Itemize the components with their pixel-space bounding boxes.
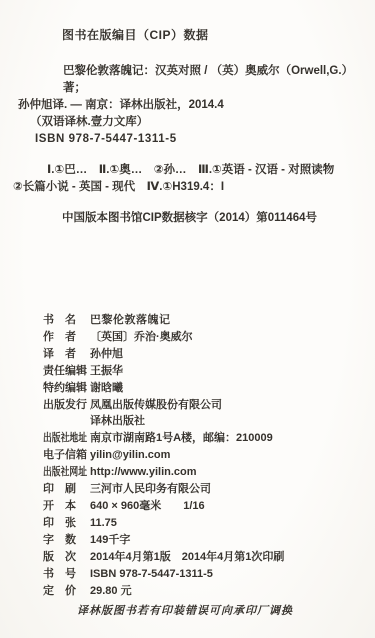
colophon-value: 640 × 960毫米 1/16 (90, 498, 205, 515)
colophon-table: 书 名 巴黎伦敦落魄记 作 者 〔英国〕乔治·奥威尔 译 者 孙仲旭 责任编辑 … (43, 312, 375, 599)
colophon-label: 责任编辑 (43, 363, 87, 380)
colophon-value: 149千字 (90, 532, 130, 549)
colophon-value: 11.75 (90, 515, 117, 532)
colophon-row-translator: 译 者 孙仲旭 (43, 346, 375, 363)
colophon-value: ISBN 978-7-5447-1311-5 (90, 566, 213, 583)
colophon-row-email: 电子信箱 yilin@yilin.com (43, 447, 375, 464)
cip-classification-line: Ⅰ.①巴… Ⅱ.①奥… ②孙… Ⅲ.①英语 - 汉语 - 对照读物 (47, 162, 375, 179)
colophon-label: 电子信箱 (43, 447, 87, 464)
colophon-label: 特约编辑 (43, 380, 87, 397)
colophon-row-publisher-second-line: 译林出版社 (43, 413, 375, 430)
colophon-label (43, 413, 87, 430)
colophon-value: 谢晗曦 (90, 380, 123, 397)
cip-classification-line: ②长篇小说 - 英国 - 现代 Ⅳ.①H319.4：I (13, 179, 375, 196)
cip-record-line: 巴黎伦敦落魄记：汉英对照 / （英）奥威尔（Orwell,G.）著； (63, 63, 375, 97)
colophon-value: 巴黎伦敦落魄记 (90, 312, 171, 329)
colophon-label: 书 号 (43, 566, 87, 583)
colophon-row-price: 定 价 29.80 元 (43, 583, 375, 600)
colophon-row-edition: 版 次 2014年4月第1版 2014年4月第1次印刷 (43, 549, 375, 566)
colophon-label: 版 次 (43, 549, 87, 566)
colophon-row-word-count: 字 数 149千字 (43, 532, 375, 549)
colophon-value: 译林出版社 (90, 413, 145, 430)
colophon-row-book-title: 书 名 巴黎伦敦落魄记 (43, 312, 375, 329)
colophon-label: 出版发行 (43, 397, 87, 414)
colophon-value: 南京市湖南路1号A楼，邮编：210009 (90, 430, 273, 447)
colophon-row-publisher-address: 出版社地址 南京市湖南路1号A楼，邮编：210009 (43, 430, 375, 447)
colophon-value: 2014年4月第1版 2014年4月第1次印刷 (90, 549, 284, 566)
colophon-row-printer: 印 刷 三河市人民印务有限公司 (43, 481, 375, 498)
colophon-row-isbn: 书 号 ISBN 978-7-5447-1311-5 (43, 566, 375, 583)
colophon-row-website: 出版社网址 http://www.yilin.com (43, 464, 375, 481)
colophon-value: 〔英国〕乔治·奥威尔 (90, 329, 193, 346)
cip-classification-block: Ⅰ.①巴… Ⅱ.①奥… ②孙… Ⅲ.①英语 - 汉语 - 对照读物 ②长篇小说 … (0, 162, 375, 196)
misprint-exchange-note: 译林版图书若有印装错误可向承印厂调换 (77, 602, 375, 618)
cip-isbn-line: ISBN 978-7-5447-1311-5 (35, 131, 375, 148)
cip-record-line: 孙仲旭译. — 南京：译林出版社，2014.4 (18, 97, 375, 114)
cip-registry-number: 中国版本图书馆CIP数据核字（2014）第011464号 (62, 210, 375, 227)
colophon-value: http://www.yilin.com (90, 464, 197, 481)
colophon-label: 开 本 (43, 498, 87, 515)
colophon-value: yilin@yilin.com (90, 447, 170, 464)
colophon-value: 三河市人民印务有限公司 (90, 481, 211, 498)
colophon-label: 作 者 (43, 329, 87, 346)
colophon-label: 印 刷 (43, 481, 87, 498)
book-copyright-page: 图书在版编目（CIP）数据 巴黎伦敦落魄记：汉英对照 / （英）奥威尔（Orwe… (0, 0, 375, 638)
colophon-label: 译 者 (43, 346, 87, 363)
colophon-row-publisher: 出版发行 凤凰出版传媒股份有限公司 (43, 397, 375, 414)
colophon-row-contributing-editor: 特约编辑 谢晗曦 (43, 380, 375, 397)
colophon-label: 出版社网址 (43, 464, 78, 481)
cip-series-line: （双语译林.壹力文库） (30, 114, 375, 131)
colophon-row-responsible-editor: 责任编辑 王振华 (43, 363, 375, 380)
colophon-label: 字 数 (43, 532, 87, 549)
colophon-value: 29.80 元 (90, 583, 132, 600)
cip-record-block: 巴黎伦敦落魄记：汉英对照 / （英）奥威尔（Orwell,G.）著； 孙仲旭译.… (0, 63, 375, 148)
colophon-value: 孙仲旭 (90, 346, 123, 363)
colophon-row-author: 作 者 〔英国〕乔治·奥威尔 (43, 329, 375, 346)
colophon-row-format: 开 本 640 × 960毫米 1/16 (43, 498, 375, 515)
colophon-row-sheets: 印 张 11.75 (43, 515, 375, 532)
colophon-label: 出版社地址 (43, 430, 78, 447)
colophon-value: 王振华 (90, 363, 123, 380)
colophon-label: 书 名 (43, 312, 87, 329)
cip-header: 图书在版编目（CIP）数据 (62, 28, 375, 42)
colophon-value: 凤凰出版传媒股份有限公司 (90, 397, 222, 414)
colophon-label: 定 价 (43, 583, 87, 600)
colophon-label: 印 张 (43, 515, 87, 532)
